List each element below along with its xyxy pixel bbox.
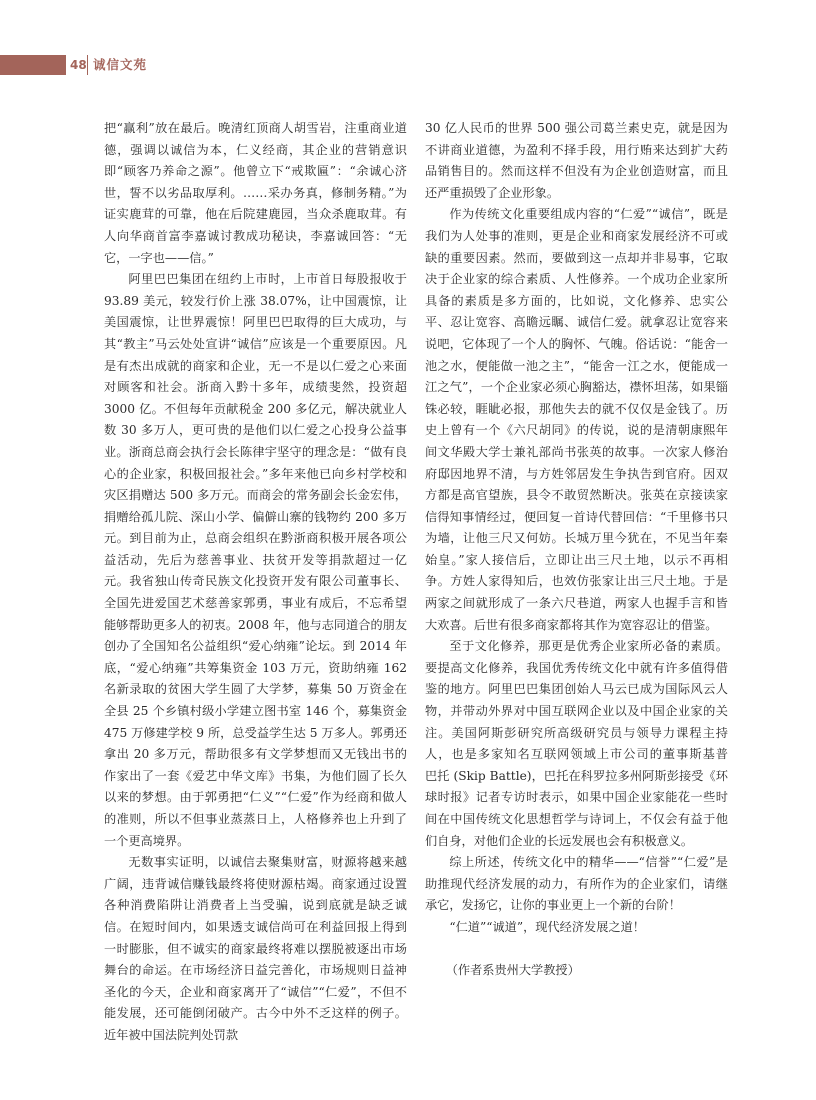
paragraph: 把“赢利”放在最后。晚清红顶商人胡雪岩，注重商业道德，强调以诚信为本，仁义经商，… <box>104 118 407 269</box>
right-column: 30 亿人民币的世界 500 强公司葛兰素史克，就是因为不讲商业道德，为盈利不择… <box>425 118 728 982</box>
header-color-bar <box>0 55 66 75</box>
paragraph: 30 亿人民币的世界 500 强公司葛兰素史克，就是因为不讲商业道德，为盈利不择… <box>425 118 728 204</box>
paragraph: 至于文化修养，那更是优秀企业家所必备的素质。要提高文化修养，我国优秀传统文化中就… <box>425 636 728 852</box>
paragraph: 作为传统文化重要组成内容的“仁爱”“诚信”，既是我们为人处事的准则，更是企业和商… <box>425 204 728 636</box>
author-byline: （作者系贵州大学教授） <box>425 960 728 982</box>
paragraph: 综上所述，传统文化中的精华——“信誉”“仁爱”是助推现代经济发展的动力，有所作为… <box>425 852 728 917</box>
header-divider <box>87 55 88 75</box>
paragraph: 无数事实证明，以诚信去聚集财富，财源将越来越广阔，违背诚信赚钱最终将使财源枯竭。… <box>104 852 407 1046</box>
section-title: 诚信文苑 <box>93 56 147 74</box>
left-column: 把“赢利”放在最后。晚清红顶商人胡雪岩，注重商业道德，强调以诚信为本，仁义经商，… <box>104 118 407 1047</box>
closing-line: “仁道”“诚道”，现代经济发展之道！ <box>425 917 728 939</box>
page-number: 48 <box>70 56 87 74</box>
paragraph: 阿里巴巴集团在纽约上市时，上市首日每股报收于 93.89 美元，较发行价上涨 3… <box>104 269 407 852</box>
